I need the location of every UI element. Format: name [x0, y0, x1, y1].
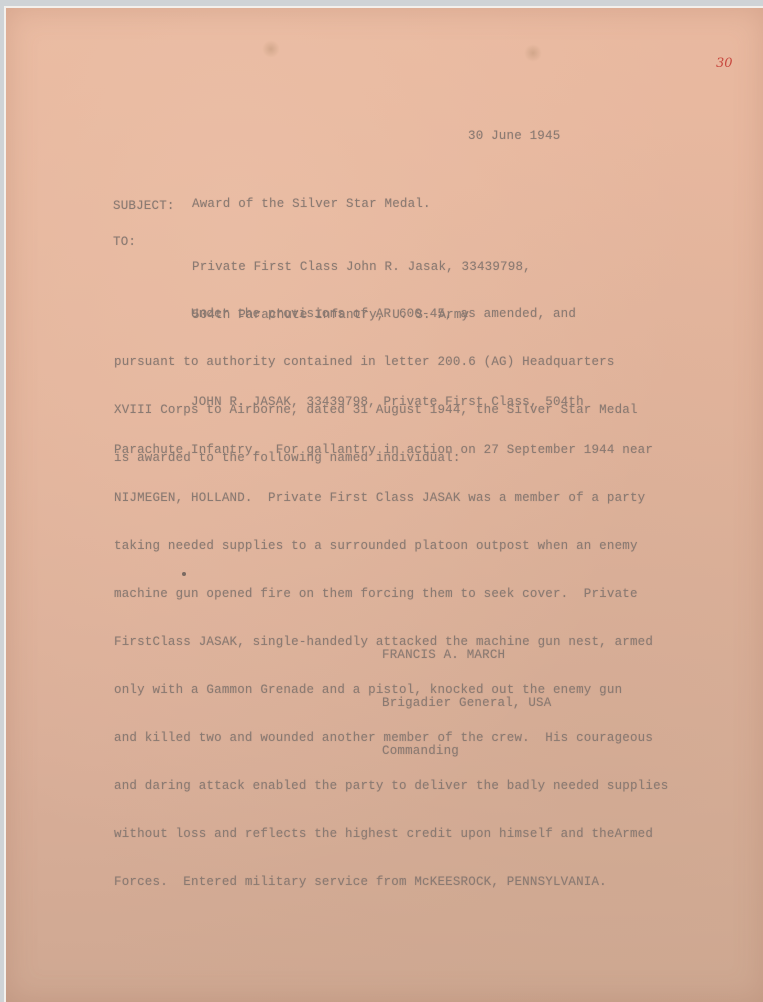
paragraph-line: machine gun opened fire on them forcing … — [114, 586, 669, 602]
signer-name: FRANCIS A. MARCH — [382, 647, 551, 663]
signer-role: Commanding — [382, 743, 551, 759]
ink-dot — [182, 572, 186, 576]
punch-hole-mark — [262, 40, 280, 58]
subject-label: SUBJECT: — [113, 198, 175, 214]
recipient-line: Private First Class John R. Jasak, 33439… — [192, 259, 531, 275]
signature-block: FRANCIS A. MARCH Brigadier General, USA … — [382, 615, 551, 791]
punch-hole-mark — [524, 44, 542, 62]
paragraph-line: Under the provisions of AR 600-45, as am… — [114, 306, 638, 322]
to-label: TO: — [113, 234, 136, 250]
signer-title: Brigadier General, USA — [382, 695, 551, 711]
paragraph-line: Parachute Infantry. For gallantry in act… — [114, 442, 669, 458]
paragraph-line: NIJMEGEN, HOLLAND. Private First Class J… — [114, 490, 669, 506]
document-page: 30 30 June 1945 SUBJECT: Award of the Si… — [4, 6, 763, 1000]
paragraph-line: JOHN R. JASAK, 33439798, Private First C… — [114, 394, 669, 410]
page-number: 30 — [716, 56, 733, 71]
letter-date: 30 June 1945 — [468, 128, 560, 144]
paragraph-line: Forces. Entered military service from Mc… — [114, 874, 669, 890]
subject-text: Award of the Silver Star Medal. — [192, 196, 431, 212]
paragraph-line: without loss and reflects the highest cr… — [114, 826, 669, 842]
paragraph-line: taking needed supplies to a surrounded p… — [114, 538, 669, 554]
